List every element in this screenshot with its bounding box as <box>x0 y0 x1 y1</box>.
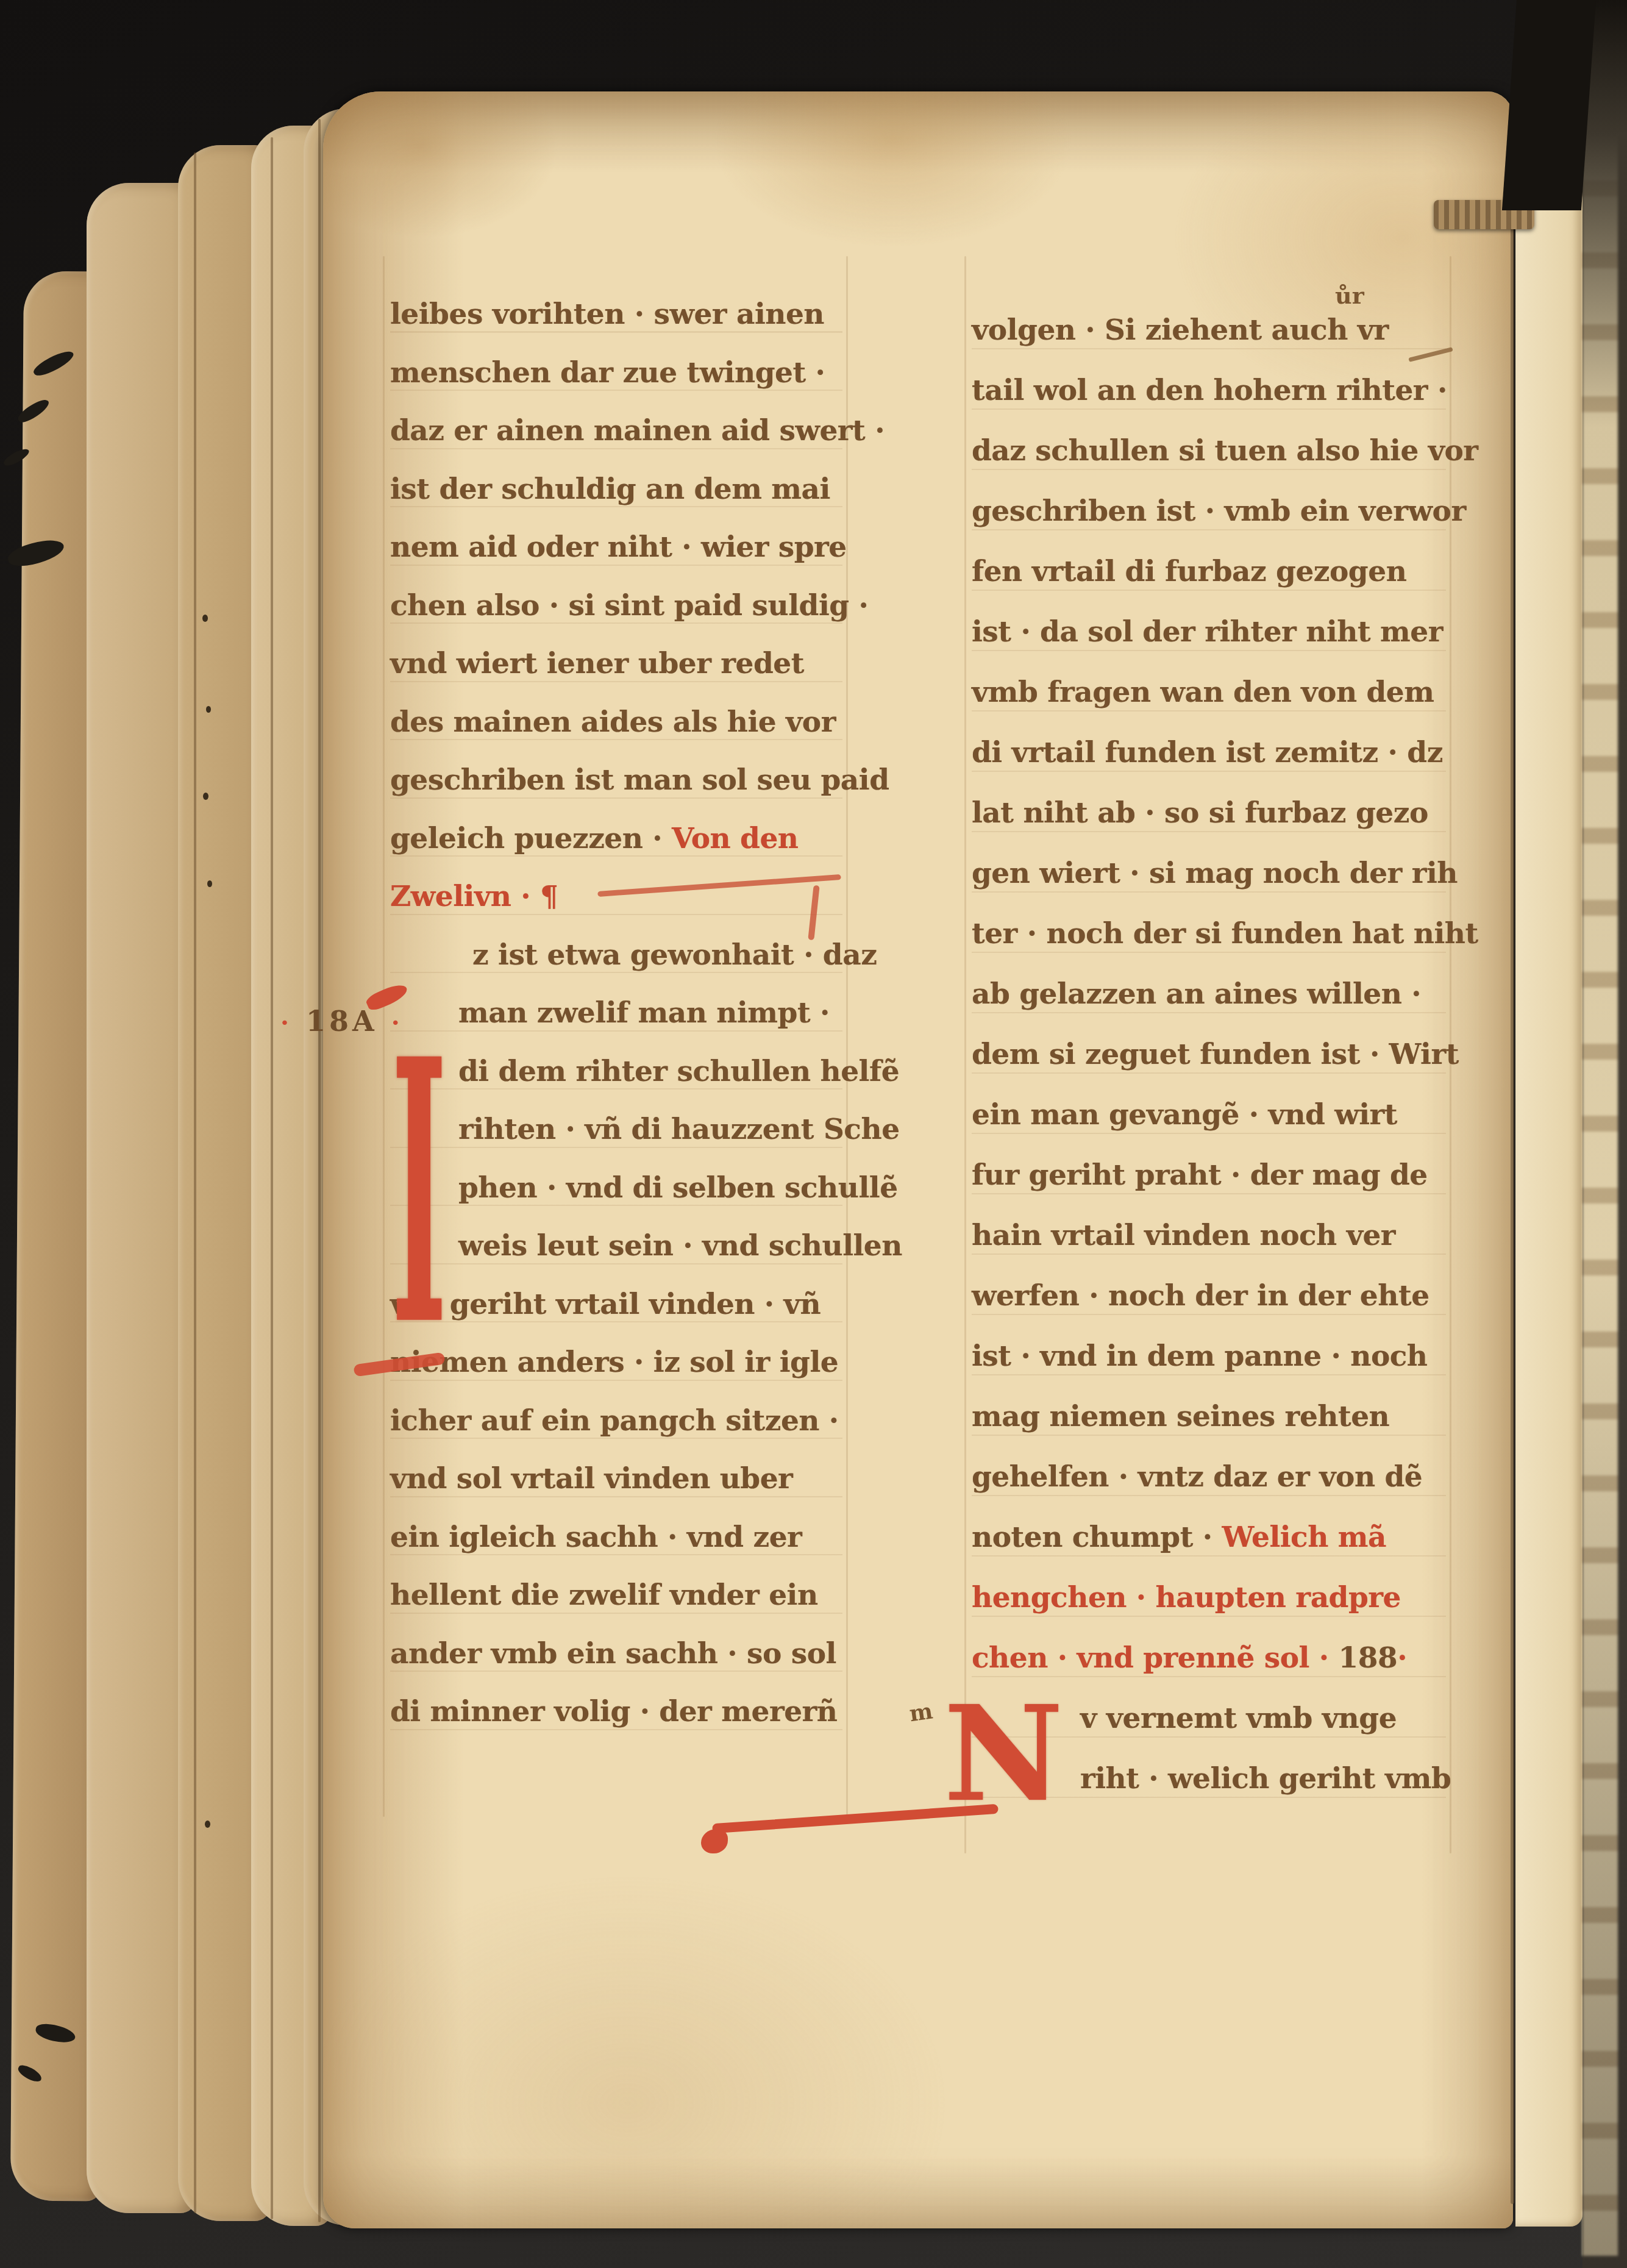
manuscript-text-line: vnd sol vrtail vinden uber <box>390 1450 842 1508</box>
ink-text-segment: ist der schuldig an dem mai <box>390 472 830 506</box>
manuscript-text-line: ist · da sol der rihter niht mer <box>972 602 1446 662</box>
ink-text-segment: nem aid oder niht · wier spre <box>390 530 847 564</box>
wormhole-dot <box>203 793 208 800</box>
manuscript-text-line: phen · vnd di selben schullẽ <box>390 1159 842 1218</box>
manuscript-text-line: leibes vorihten · swer ainen <box>390 285 842 344</box>
manuscript-text-line: vmb fragen wan den von dem <box>972 662 1446 722</box>
ink-text-segment: geleich puezzen · <box>390 822 672 855</box>
manuscript-text-line: chen also · si sint paid suldig · <box>390 577 842 635</box>
manuscript-text-line: hellent die zwelif vnder ein <box>390 1566 842 1625</box>
manuscript-text-line: nem aid oder niht · wier spre <box>390 518 842 577</box>
manuscript-text-line: des mainen aides als hie vor <box>390 693 842 752</box>
background-corner <box>1502 0 1596 210</box>
rubric-text-segment: · <box>1397 1641 1407 1675</box>
fore-edge-reflective-strip <box>1582 0 1627 2268</box>
manuscript-text-line: daz er ainen mainen aid swert · <box>390 402 842 460</box>
manuscript-text-line: di dem rihter schullen helfẽ <box>390 1043 842 1101</box>
interlinear-correction: ůr <box>1335 282 1364 309</box>
ink-text-segment: fur geriht praht · der mag de <box>972 1158 1428 1192</box>
wormhole-dot <box>207 880 212 887</box>
ink-text-segment: hellent die zwelif vnder ein <box>390 1578 818 1612</box>
manuscript-text-line: ist der schuldig an dem mai <box>390 460 842 519</box>
ink-text-segment: ab gelazzen an aines willen · <box>972 977 1421 1011</box>
manuscript-text-line: tail wol an den hohern rihter · <box>972 360 1446 421</box>
manuscript-text-line: ander vmb ein sachh · so sol <box>390 1625 842 1683</box>
rubric-text-segment: Von den <box>672 822 798 855</box>
manuscript-text-line: geschriben ist man sol seu paid <box>390 751 842 810</box>
ink-text-segment: chen also · si sint paid suldig · <box>390 589 868 622</box>
wormhole-dot <box>202 615 208 622</box>
ink-text-segment: lat niht ab · so si furbaz gezo <box>972 796 1428 830</box>
initial-letter-I: I <box>391 1014 447 1375</box>
ink-text-segment: vmb fragen wan den von dem <box>972 676 1434 709</box>
manuscript-text-line: mag niemen seines rehten <box>972 1386 1446 1447</box>
rubric-text-segment: chen · vnd prennẽ sol · <box>972 1641 1339 1675</box>
ink-text-segment: vor geriht vrtail vinden · vñ <box>390 1288 821 1321</box>
ink-text-segment: ter · noch der si funden hat niht <box>972 917 1478 950</box>
ink-text-segment: di minner volig · der mererñ <box>390 1695 837 1728</box>
ruling-line-vertical <box>846 256 848 1817</box>
next-leaf-edge <box>1515 117 1582 2227</box>
rubricator-guide-letter: m <box>908 1699 935 1727</box>
ink-text-segment: menschen dar zue twinget · <box>390 356 825 390</box>
manuscript-text-line: hengchen · haupten radpre <box>972 1567 1446 1628</box>
rubric-text-segment: Welich mã <box>1222 1521 1386 1554</box>
manuscript-text-line: rihten · vñ di hauzzent Sche <box>390 1100 842 1159</box>
ink-text-segment: di dem rihter schullen helfẽ <box>458 1055 899 1088</box>
manuscript-text-line: hain vrtail vinden noch ver <box>972 1205 1446 1266</box>
ink-text-segment: geschriben ist man sol seu paid <box>390 763 889 797</box>
manuscript-text-line: geschriben ist · vmb ein verwor <box>972 481 1446 541</box>
wormhole-dot <box>206 706 211 713</box>
manuscript-text-line: geleich puezzen · Von den <box>390 810 842 868</box>
ink-text-segment: daz schullen si tuen also hie vor <box>972 434 1478 468</box>
manuscript-text-line: ist · vnd in dem panne · noch <box>972 1326 1446 1386</box>
manuscript-text-line: ein igleich sachh · vnd zer <box>390 1508 842 1567</box>
ink-text-segment: rihten · vñ di hauzzent Sche <box>458 1113 900 1146</box>
ink-text-segment: ein igleich sachh · vnd zer <box>390 1521 802 1554</box>
manuscript-text-line: fen vrtail di furbaz gezogen <box>972 541 1446 602</box>
manuscript-text-line: man zwelif man nimpt · <box>390 984 842 1043</box>
rubric-text-segment: Zwelivn · ¶ <box>390 880 558 913</box>
ruling-line-vertical <box>964 256 966 1853</box>
manuscript-text-line: lat niht ab · so si furbaz gezo <box>972 783 1446 843</box>
manuscript-text-line: weis leut sein · vnd schullen <box>390 1217 842 1275</box>
manuscript-text-line: menschen dar zue twinget · <box>390 344 842 402</box>
ink-text-segment: icher auf ein pangch sitzen · <box>390 1404 839 1438</box>
manuscript-text-line: gen wiert · si mag noch der rih <box>972 843 1446 904</box>
manuscript-photo: leibes vorihten · swer ainenmenschen dar… <box>0 0 1627 2268</box>
ink-text-segment: dem si zeguet funden ist · Wirt <box>972 1038 1459 1071</box>
manuscript-text-line: niemen anders · iz sol ir igle <box>390 1333 842 1392</box>
manuscript-text-line: daz schullen si tuen also hie vor <box>972 421 1446 481</box>
ink-text-segment: z ist etwa gewonhait · daz <box>472 938 877 972</box>
ink-text-segment: mag niemen seines rehten <box>972 1400 1389 1433</box>
manuscript-text-line: volgen · Si ziehent auch vr <box>972 300 1446 360</box>
text-column-left: leibes vorihten · swer ainenmenschen dar… <box>390 285 842 1741</box>
ink-text-segment: geschriben ist · vmb ein verwor <box>972 494 1466 528</box>
chapter-number-value: 18A <box>306 1005 378 1038</box>
manuscript-text-line: vnd wiert iener uber redet <box>390 635 842 693</box>
margin-chapter-number: · 18A · <box>280 1005 404 1038</box>
manuscript-text-line: dem si zeguet funden ist · Wirt <box>972 1024 1446 1085</box>
manuscript-text-line: noten chumpt · Welich mã <box>972 1507 1446 1567</box>
ink-text-segment: di vrtail funden ist zemitz · dz <box>972 736 1443 769</box>
ink-text-segment: leibes vorihten · swer ainen <box>390 298 824 331</box>
ink-text-segment: phen · vnd di selben schullẽ <box>458 1171 898 1205</box>
text-column-right: volgen · Si ziehent auch vrtail wol an d… <box>972 300 1446 1809</box>
ink-text-segment: ist · vnd in dem panne · noch <box>972 1339 1428 1373</box>
manuscript-text-line: werfen · noch der in der ehte <box>972 1266 1446 1326</box>
page-right-edge <box>1511 131 1514 2204</box>
ink-text-segment: noten chumpt · <box>972 1521 1222 1554</box>
manuscript-text-line: Zwelivn · ¶ <box>390 868 842 926</box>
ink-text-segment: weis leut sein · vnd schullen <box>458 1229 902 1263</box>
ink-text-segment: man zwelif man nimpt · <box>458 996 830 1030</box>
manuscript-text-line: icher auf ein pangch sitzen · <box>390 1392 842 1450</box>
ink-text-segment: v vernemt vmb vnge <box>1080 1702 1397 1735</box>
ink-text-segment: riht · welich geriht vmb <box>1080 1762 1451 1795</box>
wormhole-dot <box>205 1820 210 1828</box>
ink-text-segment: gen wiert · si mag noch der rih <box>972 857 1458 890</box>
ink-text-segment: vnd sol vrtail vinden uber <box>390 1462 792 1496</box>
manuscript-text-line: vor geriht vrtail vinden · vñ <box>390 1275 842 1334</box>
manuscript-text-line: ter · noch der si funden hat niht <box>972 904 1446 964</box>
ink-text-segment: vnd wiert iener uber redet <box>390 647 804 680</box>
ink-text-segment: volgen · Si ziehent auch vr <box>972 313 1389 347</box>
manuscript-text-line: gehelfen · vntz daz er von dẽ <box>972 1447 1446 1507</box>
red-dot: · <box>391 1008 404 1037</box>
ink-text-segment: ein man gevangẽ · vnd wirt <box>972 1098 1397 1132</box>
ink-text-segment: ander vmb ein sachh · so sol <box>390 1637 836 1671</box>
ink-text-segment: werfen · noch der in der ehte <box>972 1279 1429 1313</box>
page-edge-seam <box>194 152 196 2213</box>
ink-text-segment: tail wol an den hohern rihter · <box>972 374 1447 407</box>
manuscript-text-line: ab gelazzen an aines willen · <box>972 964 1446 1024</box>
rubric-text-segment: hengchen · haupten radpre <box>972 1581 1401 1614</box>
manuscript-text-line: z ist etwa gewonhait · daz <box>390 926 842 985</box>
page-edge-seam <box>271 137 273 2219</box>
manuscript-text-line: di vrtail funden ist zemitz · dz <box>972 722 1446 783</box>
manuscript-text-line: ein man gevangẽ · vnd wirt <box>972 1085 1446 1145</box>
ink-text-segment: gehelfen · vntz daz er von dẽ <box>972 1460 1422 1494</box>
ink-text-segment: daz er ainen mainen aid swert · <box>390 414 885 448</box>
manuscript-text-line: fur geriht praht · der mag de <box>972 1145 1446 1205</box>
ink-text-segment: des mainen aides als hie vor <box>390 705 836 739</box>
ink-text-segment: hain vrtail vinden noch ver <box>972 1219 1395 1252</box>
ink-text-segment: fen vrtail di furbaz gezogen <box>972 555 1406 588</box>
ink-text-segment: ist · da sol der rihter niht mer <box>972 615 1443 649</box>
page-edge-seam <box>318 119 321 2222</box>
red-dot: · <box>280 1008 293 1037</box>
ink-text-segment: 188 <box>1339 1641 1398 1675</box>
manuscript-text-line: di minner volig · der mererñ <box>390 1683 842 1741</box>
ink-text-segment: niemen anders · iz sol ir igle <box>390 1346 838 1379</box>
